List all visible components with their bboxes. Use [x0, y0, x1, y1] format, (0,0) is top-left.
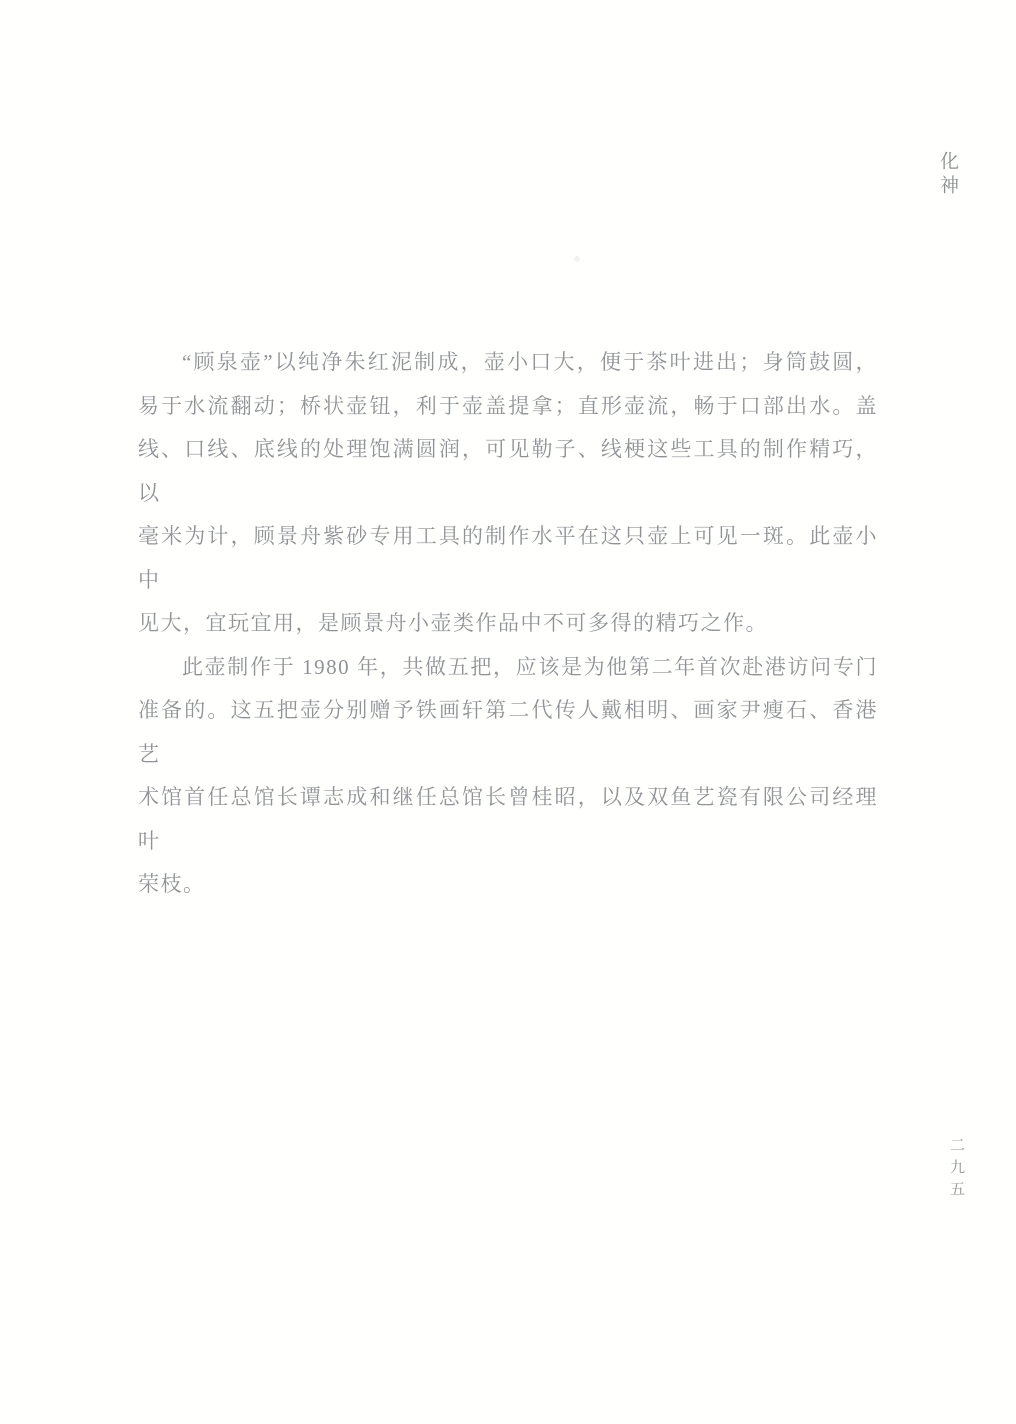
paragraph1-line3: 线、口线、底线的处理饱满圆润，可见勒子、线梗这些工具的制作精巧，以 [138, 428, 878, 515]
scan-speck [574, 256, 580, 262]
chapter-marker: 化神 [934, 151, 961, 199]
paragraph2-line1: 此壶制作于 1980 年，共做五把，应该是为他第二年首次赴港访问专门 [138, 646, 878, 690]
body-text: “顾泉壶”以纯净朱红泥制成，壶小口大，便于茶叶进出；身筒鼓圆， 易于水流翻动；桥… [138, 341, 878, 907]
paragraph2-line3: 术馆首任总馆长谭志成和继任总馆长曾桂昭，以及双鱼艺瓷有限公司经理叶 [138, 776, 878, 863]
page-number: 二九五 [946, 1137, 967, 1203]
paragraph1-line4: 毫米为计，顾景舟紫砂专用工具的制作水平在这只壶上可见一斑。此壶小中 [138, 515, 878, 602]
paragraph2-line2: 准备的。这五把壶分别赠予铁画轩第二代传人戴相明、画家尹瘦石、香港艺 [138, 689, 878, 776]
paragraph1-line2: 易于水流翻动；桥状壶钮，利于壶盖提拿；直形壶流，畅于口部出水。盖 [138, 385, 878, 429]
book-page: 化神 “顾泉壶”以纯净朱红泥制成，壶小口大，便于茶叶进出；身筒鼓圆， 易于水流翻… [0, 0, 1016, 1424]
paragraph1-line1: “顾泉壶”以纯净朱红泥制成，壶小口大，便于茶叶进出；身筒鼓圆， [138, 341, 878, 385]
paragraph2-line4: 荣枝。 [138, 863, 878, 907]
paragraph1-line5: 见大，宜玩宜用，是顾景舟小壶类作品中不可多得的精巧之作。 [138, 602, 878, 646]
